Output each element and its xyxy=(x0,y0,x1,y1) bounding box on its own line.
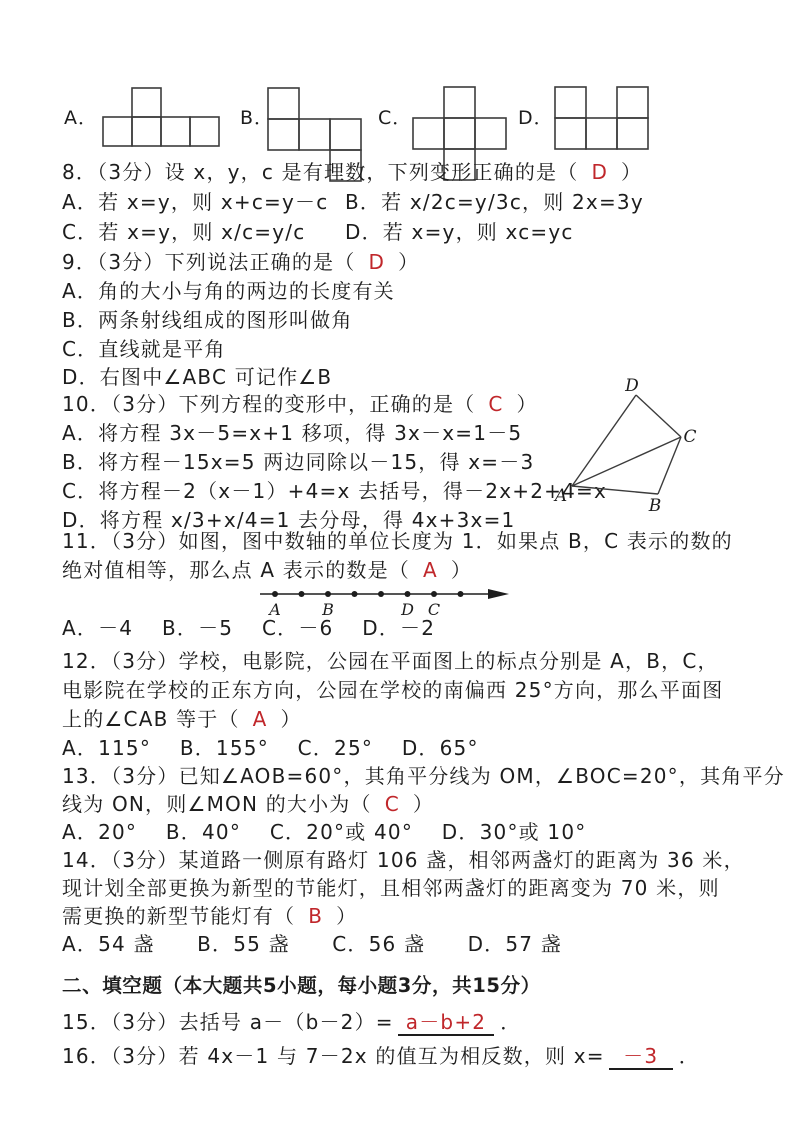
q9-answer: D xyxy=(355,250,398,274)
q15-blank: a－b+2 xyxy=(398,1010,494,1036)
exam-page: A． B． C． D． 8．（3分）设 x，y，c 是有理数，下列变形正确的是（… xyxy=(0,0,793,1122)
q9-option-d: D．右图中∠ABC 可记作∠B xyxy=(62,365,332,389)
q8-option-d: D．若 x=y，则 xc=yc xyxy=(345,220,574,244)
q16-text: 16．（3分）若 4x－1 与 7－2x 的值互为相反数，则 x= xyxy=(62,1044,605,1068)
net-option-label-d: D． xyxy=(518,103,554,130)
figure-label-d: D xyxy=(624,376,639,396)
q14-options-row: A．54 盏 B．55 盏 C．56 盏 D．57 盏 xyxy=(62,932,562,956)
q14-answer: B xyxy=(295,904,336,928)
q11-stem-text: 绝对值相等，那么点 A 表示的数是（ xyxy=(62,558,410,582)
q10-stem-text: 10．（3分）下列方程的变形中，正确的是（ xyxy=(62,392,475,416)
q9-option-b: B．两条射线组成的图形叫做角 xyxy=(62,308,353,332)
q9-stem-close: ） xyxy=(398,250,419,274)
q13-stem-line1: 13．（3分）已知∠AOB=60°，其角平分线为 OM，∠BOC=20°，其角平… xyxy=(62,764,785,788)
q11-stem-close: ） xyxy=(451,558,472,582)
q9-stem: 9．（3分）下列说法正确的是（D） xyxy=(62,250,419,274)
q10-stem: 10．（3分）下列方程的变形中，正确的是（C） xyxy=(62,392,538,416)
figure-label-a: A xyxy=(553,486,567,506)
q11-stem-line2: 绝对值相等，那么点 A 表示的数是（A） xyxy=(62,558,472,582)
q13-options-row: A．20° B．40° C．20°或 40° D．30°或 10° xyxy=(62,820,586,844)
net-option-label-c: C． xyxy=(378,103,412,130)
figure-label-b: B xyxy=(648,496,662,516)
q12-answer: A xyxy=(240,707,281,731)
q12-stem-line2: 电影院在学校的正东方向，公园在学校的南偏西 25°方向，那么平面图 xyxy=(62,678,723,702)
arrow-icon xyxy=(488,589,509,599)
q13-stem-line2: 线为 ON，则∠MON 的大小为（C） xyxy=(62,792,434,816)
q15-period: ． xyxy=(500,1010,521,1034)
q10-option-c: C．将方程－2（x－1）+4=x 去括号，得－2x+2+4=x xyxy=(62,479,607,503)
q14-stem-line3: 需更换的新型节能灯有（B） xyxy=(62,904,357,928)
q8-options-row1: A．若 x=y，则 x+c=y－cB．若 x/2c=y/3c，则 2x=3y xyxy=(62,190,328,214)
q8-stem: 8．（3分）设 x，y，c 是有理数，下列变形正确的是（D） xyxy=(62,160,642,184)
cube-net-figure-a xyxy=(100,85,225,151)
q16-line: 16．（3分）若 4x－1 与 7－2x 的值互为相反数，则 x=－3． xyxy=(62,1044,700,1070)
q14-stem-text: 需更换的新型节能灯有（ xyxy=(62,904,295,928)
quadrilateral-figure: D C A B xyxy=(548,378,713,518)
q8-stem-text: 8．（3分）设 x，y，c 是有理数，下列变形正确的是（ xyxy=(62,160,578,184)
q14-stem-close: ） xyxy=(336,904,357,928)
q8-stem-close: ） xyxy=(621,160,642,184)
q12-stem-line3: 上的∠CAB 等于（A） xyxy=(62,707,302,731)
figure-label-c: C xyxy=(683,427,696,447)
q8-option-a: A．若 x=y，则 x+c=y－c xyxy=(62,190,328,214)
q13-answer: C xyxy=(372,792,413,816)
q12-options-row: A．115° B．155° C．25° D．65° xyxy=(62,736,479,760)
q16-blank: －3 xyxy=(609,1044,673,1070)
q12-stem-text: 上的∠CAB 等于（ xyxy=(62,707,240,731)
q15-text: 15．（3分）去括号 a－（b－2）= xyxy=(62,1010,394,1034)
q9-option-a: A．角的大小与角的两边的长度有关 xyxy=(62,279,395,303)
q12-stem-close: ） xyxy=(281,707,302,731)
q12-stem-line1: 12．（3分）学校，电影院，公园在平面图上的标点分别是 A，B，C， xyxy=(62,649,719,673)
q8-option-c: C．若 x=y，则 x/c=y/c xyxy=(62,220,305,244)
q14-stem-line1: 14．（3分）某道路一侧原有路灯 106 盏，相邻两盏灯的距离为 36 米， xyxy=(62,848,745,872)
section-heading: 二、填空题（本大题共5小题，每小题3分，共15分） xyxy=(62,974,541,997)
q13-stem-text: 线为 ON，则∠MON 的大小为（ xyxy=(62,792,372,816)
q10-stem-close: ） xyxy=(517,392,538,416)
q8-answer: D xyxy=(578,160,621,184)
q10-option-b: B．将方程－15x=5 两边同除以－15，得 x=－3 xyxy=(62,450,534,474)
q11-options-row: A．－4 B．－5 C．－6 D．－2 xyxy=(62,616,435,640)
q11-stem-line1: 11．（3分）如图，图中数轴的单位长度为 1．如果点 B，C 表示的数的 xyxy=(62,529,733,553)
cube-net-figure-d xyxy=(552,84,654,150)
q10-answer: C xyxy=(475,392,516,416)
q9-stem-text: 9．（3分）下列说法正确的是（ xyxy=(62,250,355,274)
q10-option-a: A．将方程 3x－5=x+1 移项，得 3x－x=1－5 xyxy=(62,421,522,445)
q15-line: 15．（3分）去括号 a－（b－2）=a－b+2． xyxy=(62,1010,521,1036)
q8-options-row2: C．若 x=y，则 x/c=y/cD．若 x=y，则 xc=yc xyxy=(62,220,305,244)
q11-answer: A xyxy=(410,558,451,582)
q9-option-c: C．直线就是平角 xyxy=(62,337,226,361)
net-option-label-a: A． xyxy=(64,103,98,130)
q13-stem-close: ） xyxy=(413,792,434,816)
q16-period: ． xyxy=(679,1044,700,1068)
q8-option-b: B．若 x/2c=y/3c，则 2x=3y xyxy=(345,190,644,214)
number-line-figure: ABDC xyxy=(252,580,514,620)
q14-stem-line2: 现计划全部更换为新型的节能灯，且相邻两盏灯的距离变为 70 米，则 xyxy=(62,876,720,900)
